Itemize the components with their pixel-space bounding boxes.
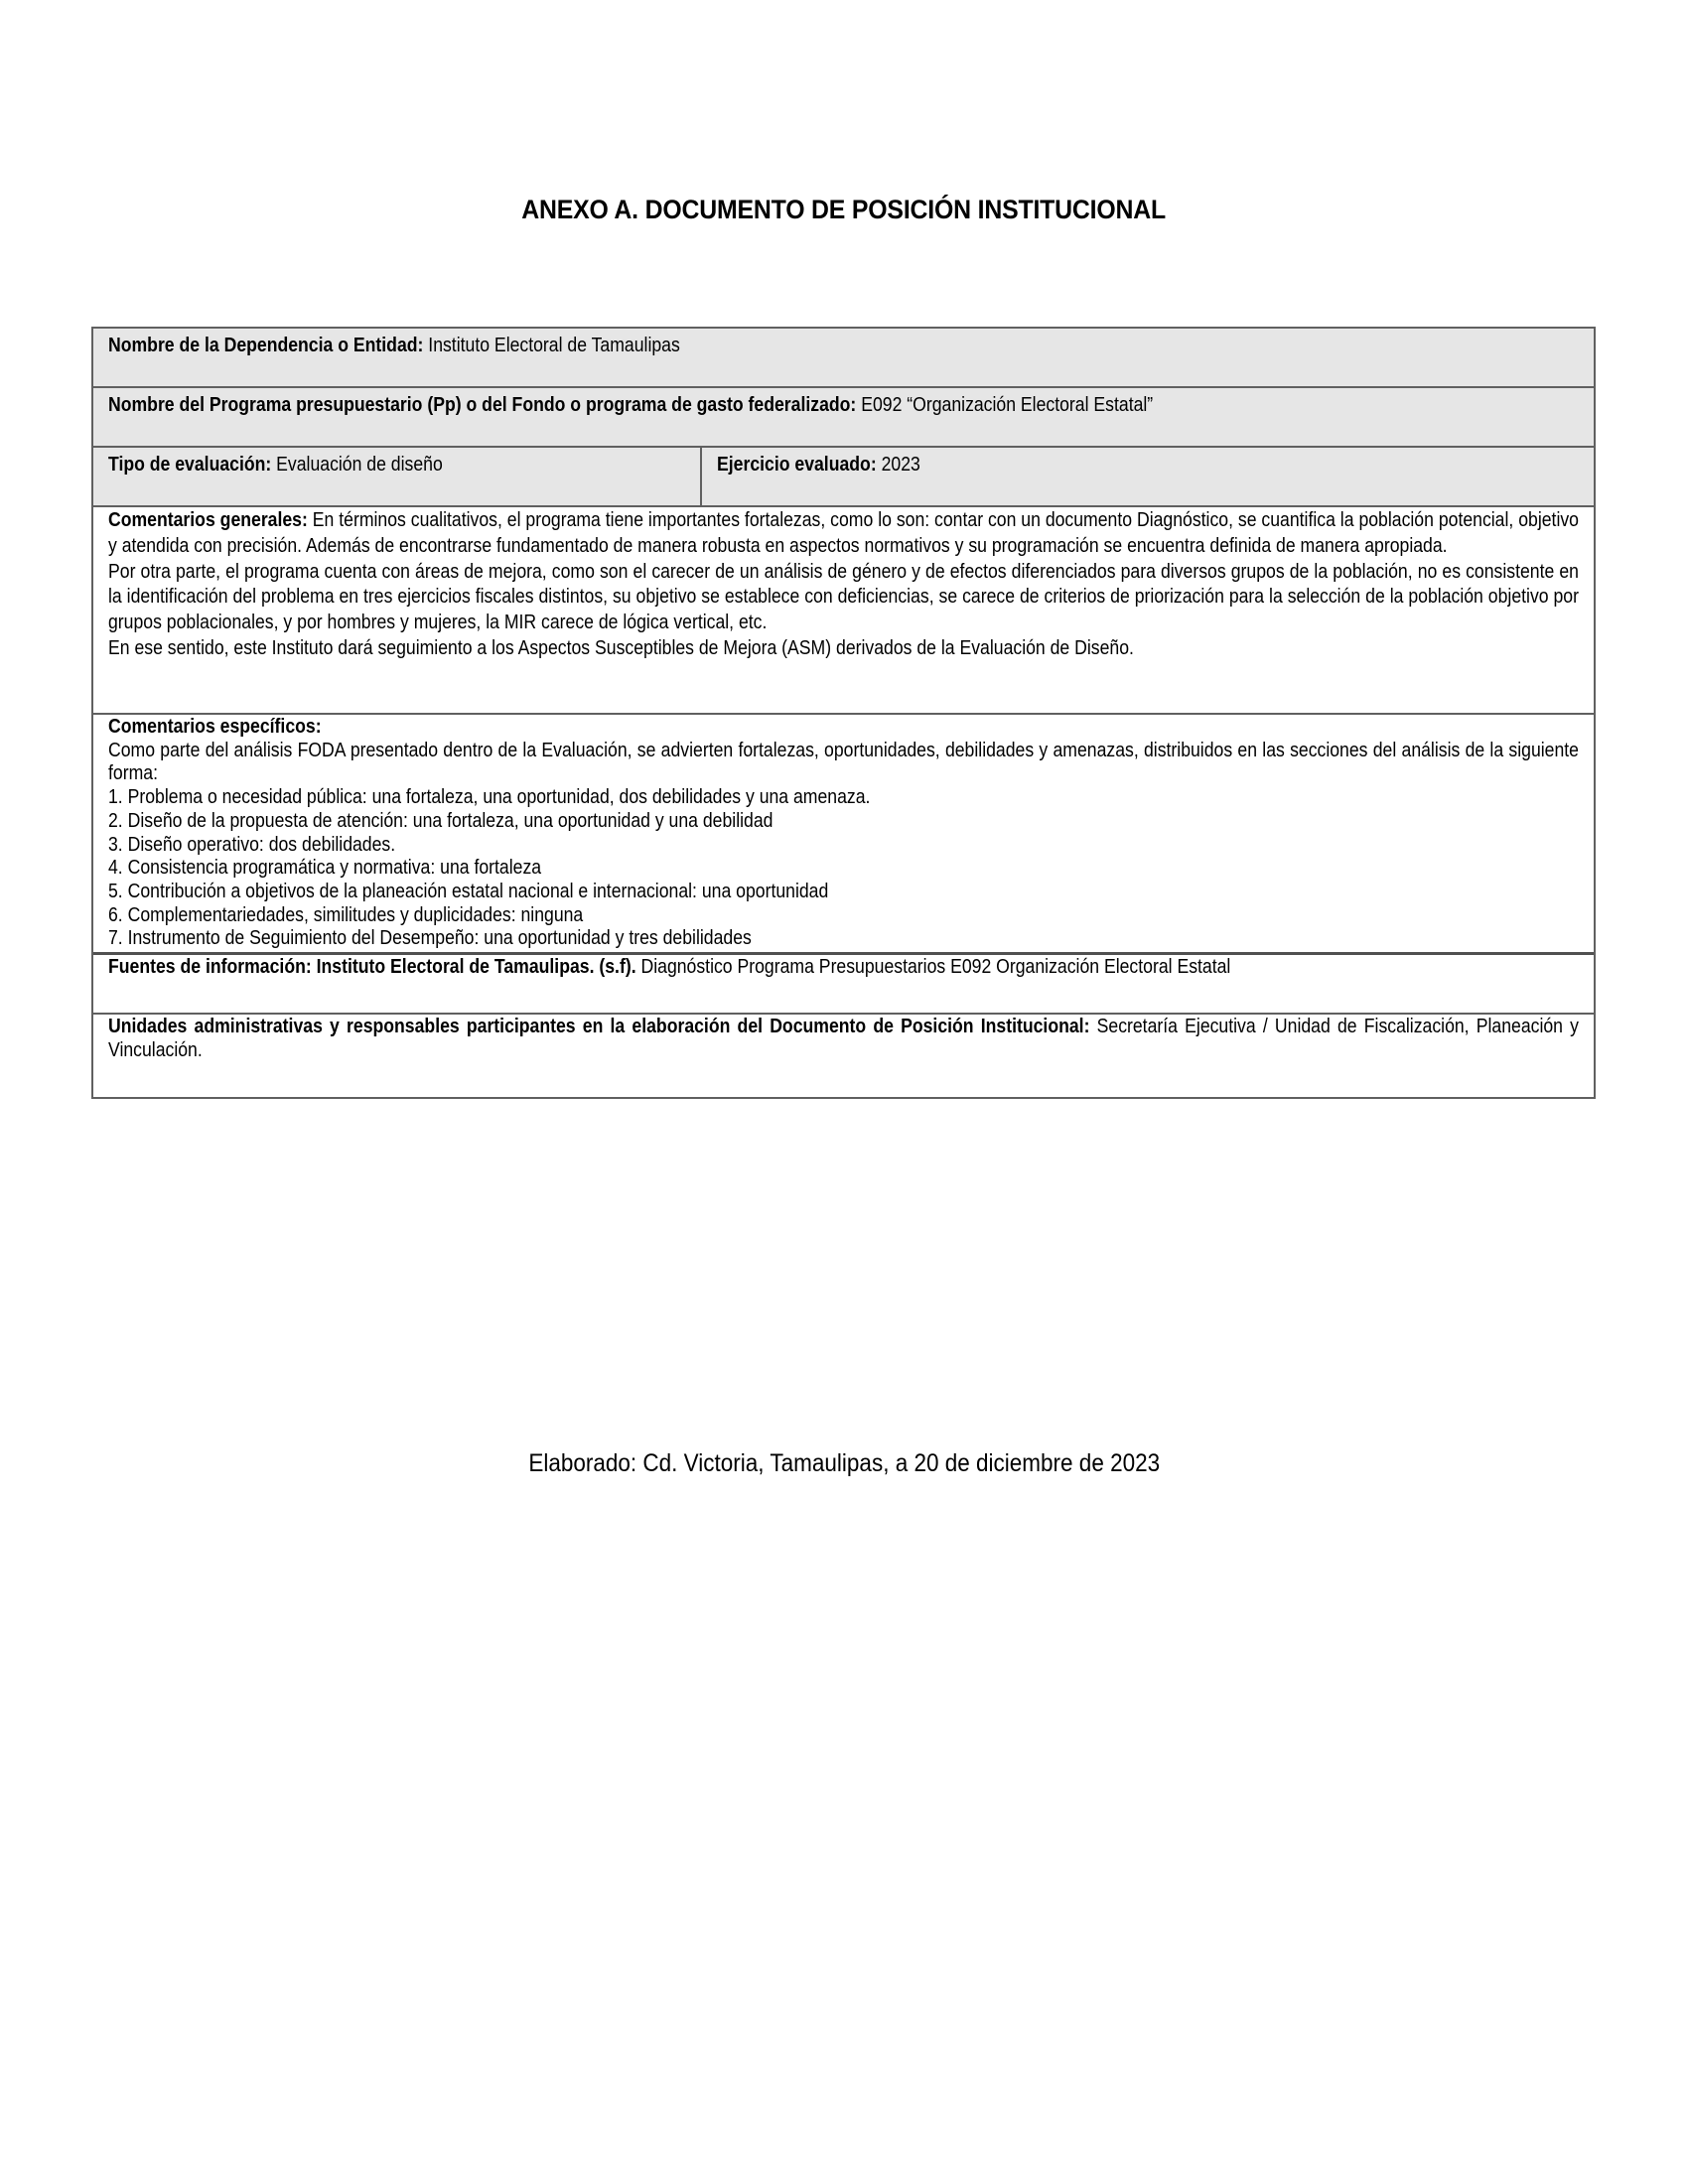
cell-dependencia: Nombre de la Dependencia o Entidad: Inst…: [93, 329, 1594, 386]
cell-comentarios-especificos: Comentarios específicos: Como parte del …: [93, 715, 1594, 952]
tipo-evaluacion-value: Evaluación de diseño: [271, 453, 443, 476]
position-document-table: Nombre de la Dependencia o Entidad: Inst…: [91, 327, 1596, 1099]
row-dependencia: Nombre de la Dependencia o Entidad: Inst…: [93, 329, 1594, 386]
page-title-text: ANEXO A. DOCUMENTO DE POSICIÓN INSTITUCI…: [522, 195, 1167, 225]
cell-fuentes: Fuentes de información: Instituto Electo…: [93, 955, 1594, 1013]
ejercicio-label: Ejercicio evaluado:: [717, 453, 877, 476]
cell-tipo-evaluacion: Tipo de evaluación: Evaluación de diseño: [93, 448, 700, 505]
list-item: 4. Consistencia programática y normativa…: [108, 856, 1579, 880]
list-item: 1. Problema o necesidad pública: una for…: [108, 785, 1579, 809]
comentarios-generales-label: Comentarios generales:: [108, 508, 308, 531]
dependencia-label: Nombre de la Dependencia o Entidad:: [108, 334, 423, 356]
fuentes-value: Diagnóstico Programa Presupuestarios E09…: [636, 955, 1231, 978]
programa-label: Nombre del Programa presupuestario (Pp) …: [108, 393, 856, 416]
row-fuentes: Fuentes de información: Instituto Electo…: [93, 952, 1594, 1013]
general-paragraph: Comentarios generales: En términos cuali…: [108, 507, 1579, 559]
row-unidades: Unidades administrativas y responsables …: [93, 1013, 1594, 1097]
comentarios-especificos-label: Comentarios específicos:: [108, 715, 322, 738]
especificos-intro: Como parte del análisis FODA presentado …: [108, 739, 1579, 785]
general-paragraph: En ese sentido, este Instituto dará segu…: [108, 635, 1579, 661]
row-programa: Nombre del Programa presupuestario (Pp) …: [93, 386, 1594, 446]
row-comentarios-especificos: Comentarios específicos: Como parte del …: [93, 713, 1594, 952]
cell-programa: Nombre del Programa presupuestario (Pp) …: [93, 388, 1594, 446]
cell-comentarios-generales: Comentarios generales: En términos cuali…: [93, 507, 1594, 713]
tipo-evaluacion-label: Tipo de evaluación:: [108, 453, 271, 476]
fuentes-label: Fuentes de información: Instituto Electo…: [108, 955, 636, 978]
footer-text: Elaborado: Cd. Victoria, Tamaulipas, a 2…: [528, 1449, 1160, 1478]
ejercicio-value: 2023: [877, 453, 920, 476]
page-title: ANEXO A. DOCUMENTO DE POSICIÓN INSTITUCI…: [0, 195, 1688, 225]
foda-list: 1. Problema o necesidad pública: una for…: [108, 785, 1579, 950]
programa-value: E092 “Organización Electoral Estatal”: [856, 393, 1153, 416]
unidades-label: Unidades administrativas y responsables …: [108, 1015, 1089, 1037]
list-item: 5. Contribución a objetivos de la planea…: [108, 880, 1579, 903]
list-item: 6. Complementariedades, similitudes y du…: [108, 903, 1579, 927]
footer-elaborado: Elaborado: Cd. Victoria, Tamaulipas, a 2…: [0, 1449, 1688, 1478]
general-paragraph: Por otra parte, el programa cuenta con á…: [108, 559, 1579, 635]
list-item: 3. Diseño operativo: dos debilidades.: [108, 833, 1579, 857]
cell-unidades: Unidades administrativas y responsables …: [93, 1015, 1594, 1097]
row-tipo-ejercicio: Tipo de evaluación: Evaluación de diseño…: [93, 446, 1594, 505]
dependencia-value: Instituto Electoral de Tamaulipas: [423, 334, 679, 356]
row-comentarios-generales: Comentarios generales: En términos cuali…: [93, 505, 1594, 713]
cell-ejercicio: Ejercicio evaluado: 2023: [700, 448, 1594, 505]
list-item: 2. Diseño de la propuesta de atención: u…: [108, 809, 1579, 833]
list-item: 7. Instrumento de Seguimiento del Desemp…: [108, 926, 1579, 950]
